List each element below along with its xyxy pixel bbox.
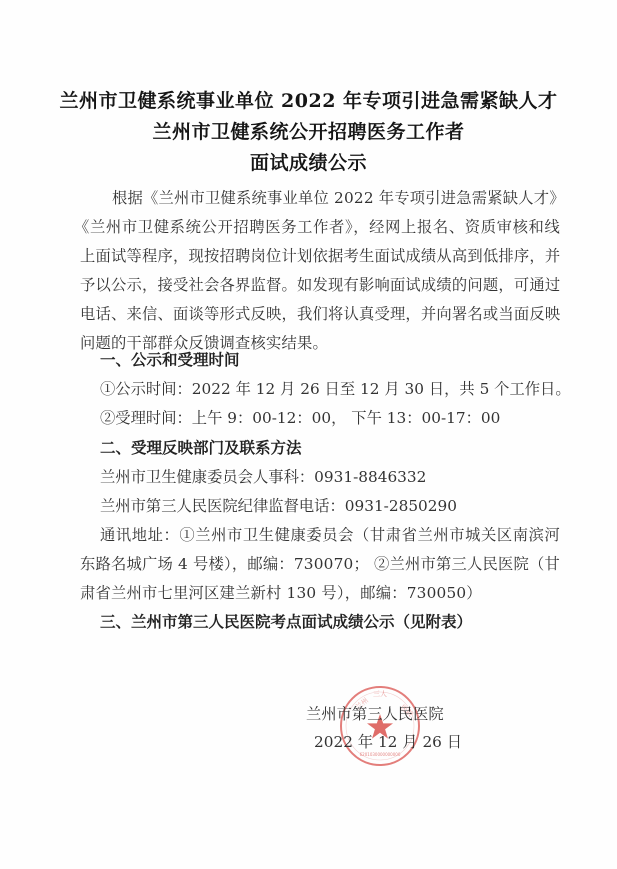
svg-text:6201030000000000: 6201030000000000 (360, 752, 401, 757)
mailing-address-line: 通讯地址：①兰州市卫生健康委员会（甘肃省兰州市城关区南滨河 (100, 523, 560, 545)
document-title-line-2: 兰州市卫健系统公开招聘医务工作者 (0, 117, 617, 144)
document-page: 兰州市卫健系统事业单位 2022 年专项引进急需紧缺人才 兰州市卫健系统公开招聘… (0, 0, 617, 869)
publicity-period: ①公示时间：2022 年 12 月 26 日至 12 月 30 日，共 5 个工… (100, 377, 571, 399)
contact-phone-health-commission: 兰州市卫生健康委员会人事科：0931-8846332 (100, 465, 426, 487)
mailing-address-line: 东路名城广场 4 号楼），邮编：730070； ②兰州市第三人民医院（甘 (80, 552, 560, 574)
signature-organization: 兰州市第三人民医院 (306, 702, 444, 724)
svg-text:三人: 三人 (373, 689, 387, 698)
intro-paragraph-line: 电话、来信、面谈等形式反映，我们将认真受理，并向署名或当面反映 (80, 302, 560, 324)
mailing-address-line: 肃省兰州市七里河区建兰新村 130 号），邮编：730050） (80, 581, 560, 603)
section-1-heading: 一、公示和受理时间 (100, 348, 240, 370)
star-seal-icon: 6201030000000000 兰州 三人 医院 (338, 684, 422, 768)
intro-paragraph-line: 《兰州市卫健系统公开招聘医务工作者》，经网上报名、资质审核和线 (74, 215, 560, 237)
document-title-line-1: 兰州市卫健系统事业单位 2022 年专项引进急需紧缺人才 (0, 86, 617, 113)
document-title-line-3: 面试成绩公示 (0, 148, 617, 175)
intro-paragraph-line: 上面试等程序，现按招聘岗位计划依据考生面试成绩从高到低排序，并 (80, 244, 560, 266)
contact-phone-hospital-discipline: 兰州市第三人民医院纪律监督电话：0931-2850290 (100, 494, 457, 516)
section-2-heading: 二、受理反映部门及联系方法 (100, 436, 302, 458)
intro-paragraph-line: 根据《兰州市卫健系统事业单位 2022 年专项引进急需紧缺人才》 (112, 186, 560, 208)
signature-date: 2022 年 12 月 26 日 (314, 730, 462, 752)
acceptance-hours: ②受理时间：上午 9：00-12：00， 下午 13：00-17：00 (100, 406, 500, 428)
section-3-heading: 三、兰州市第三人民医院考点面试成绩公示（见附表） (100, 610, 472, 632)
intro-paragraph-line: 予以公示，接受社会各界监督。如发现有影响面试成绩的问题，可通过 (80, 273, 560, 295)
